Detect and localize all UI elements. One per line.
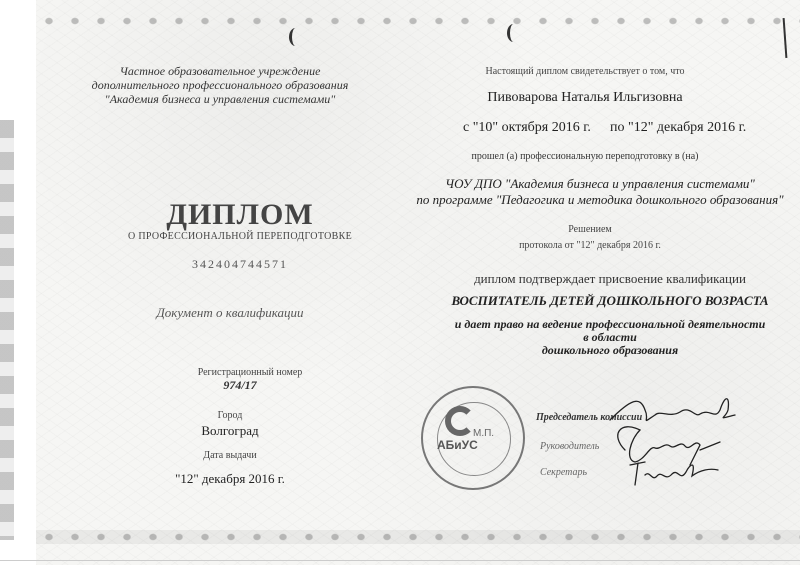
- holder-full-name: Пивоварова Наталья Ильгизовна: [430, 90, 740, 106]
- rights-line-3: дошкольного образования: [420, 343, 800, 358]
- period-from: с "10" октября 2016 г.: [463, 120, 603, 136]
- official-stamp: АБиУС М.П.: [421, 386, 525, 490]
- diploma-subtitle: О ПРОФЕССИОНАЛЬНОЙ ПЕРЕПОДГОТОВКЕ: [100, 231, 380, 242]
- program: по программе "Педагогика и методика дошк…: [400, 192, 800, 208]
- scan-edge-shadow: [0, 120, 14, 540]
- city-value: Волгоград: [150, 423, 310, 439]
- institution-line-1: Частное образовательное учреждение: [60, 64, 380, 79]
- signatures: [600, 390, 780, 500]
- qualification: ВОСПИТАТЕЛЬ ДЕТЕЙ ДОШКОЛЬНОГО ВОЗРАСТА: [420, 293, 800, 309]
- scan-fold-line: [0, 560, 800, 561]
- signature-secretary-icon: [630, 462, 718, 485]
- stamp-abbreviation: АБиУС: [437, 438, 478, 452]
- issue-date-value: "12" декабря 2016 г.: [150, 471, 310, 487]
- serial-number: 342404744571: [130, 257, 350, 272]
- diploma-title: ДИПЛОМ: [100, 198, 380, 232]
- stamp-mp: М.П.: [473, 428, 494, 439]
- stamp-logo-icon: [445, 406, 475, 436]
- decision-label: Решением: [430, 224, 750, 235]
- head-label: Руководитель: [540, 441, 599, 452]
- institution-line-2: дополнительного профессионального образо…: [60, 78, 380, 93]
- intro-text: Настоящий диплом свидетельствует о том, …: [430, 66, 740, 77]
- city-label: Город: [150, 410, 310, 421]
- signature-chair-icon: [610, 399, 735, 421]
- issue-date-label: Дата выдачи: [150, 450, 310, 461]
- document-type: Документ о квалификации: [130, 305, 330, 321]
- institution-line-3: "Академия бизнеса и управления системами…: [60, 92, 380, 107]
- period-to: по "12" декабря 2016 г.: [610, 120, 760, 136]
- passed-text: прошел (а) профессиональную переподготов…: [430, 151, 740, 162]
- signature-head-icon: [618, 427, 720, 465]
- registration-label: Регистрационный номер: [150, 367, 350, 378]
- registration-number: 974/17: [150, 378, 330, 393]
- organization: ЧОУ ДПО "Академия бизнеса и управления с…: [400, 176, 800, 192]
- protocol-text: протокола от "12" декабря 2016 г.: [430, 240, 750, 251]
- confirms-text: диплом подтверждает присвоение квалифика…: [420, 271, 800, 287]
- punch-hole-icon: [507, 24, 520, 42]
- punch-hole-icon: [289, 28, 302, 46]
- ornament-border-top: [36, 14, 800, 28]
- ornament-border-bottom: [36, 530, 800, 544]
- secretary-label: Секретарь: [540, 467, 587, 478]
